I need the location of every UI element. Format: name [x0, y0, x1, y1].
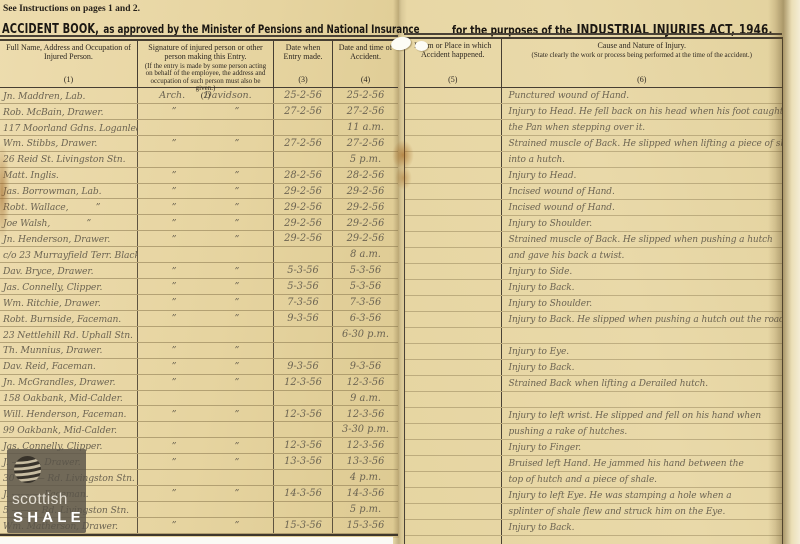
cell-full-name: Th. Munnius, Drawer.	[0, 343, 137, 358]
table-row: Rob. McBain, Drawer.””27-2-5627-2-56	[0, 104, 398, 120]
cell-cause: Injury to Eye.	[501, 344, 783, 359]
header-col-2: Signature of injured person or other per…	[137, 41, 273, 87]
cell-place	[405, 424, 501, 439]
table-row: Th. Munnius, Drawer.””	[0, 343, 398, 359]
cell-date-accident	[332, 343, 398, 358]
cell-date-accident: 6-3-56	[332, 311, 398, 326]
cell-full-name: Dav. Bryce, Drawer.	[0, 263, 137, 278]
cell-full-name: 158 Oakbank, Mid-Calder.	[0, 391, 137, 406]
cell-cause: pushing a rake of hutches.	[501, 424, 783, 439]
globe-icon	[12, 454, 43, 485]
cell-cause: Injury to Shoulder.	[501, 216, 783, 231]
cell-full-name: Jn. Henderson, Drawer.	[0, 231, 137, 246]
cell-cause: Injury to Back.	[501, 520, 783, 535]
cell-signature-ditto: ””	[137, 199, 273, 214]
cell-cause: Punctured wound of Hand.	[501, 88, 783, 103]
cell-date-entry	[273, 391, 332, 406]
table-row: Strained muscle of Back. He slipped when…	[405, 136, 782, 152]
cell-date-entry: 9-3-56	[273, 311, 332, 326]
cell-cause: Injury to left wrist. He slipped and fel…	[501, 408, 783, 423]
cell-place	[405, 200, 501, 215]
header-col-1-number: (1)	[64, 76, 73, 85]
cell-cause: Injury to Head.	[501, 168, 783, 183]
table-row: Jn. McGrandles, Drawer.””12-3-5612-3-56	[0, 375, 398, 391]
table-row: Incised wound of Hand.	[405, 184, 782, 200]
table-row: Injury to Back.	[405, 360, 782, 376]
table-row: Robt. Wallace, ”””29-2-5629-2-56	[0, 199, 398, 215]
cell-cause: Injury to Back.	[501, 280, 783, 295]
table-row: Robt. Burnside, Faceman.””9-3-566-3-56	[0, 311, 398, 327]
header-col-6-label: Cause and Nature of Injury.	[597, 42, 686, 51]
cell-signature-ditto: ””	[137, 343, 273, 358]
header-col-1: Full Name, Address and Occupation of Inj…	[0, 41, 137, 87]
table-row: Bruised left Hand. He jammed his hand be…	[405, 456, 782, 472]
cell-place	[405, 120, 501, 135]
table-row: top of hutch and a piece of shale.	[405, 472, 782, 488]
cell-signature-ditto: ””	[137, 311, 273, 326]
cell-full-name: Will. Henderson, Faceman.	[0, 406, 137, 421]
cell-cause: top of hutch and a piece of shale.	[501, 472, 783, 487]
cell-signature-ditto: ””	[137, 518, 273, 533]
cell-full-name: 23 Nettlehill Rd. Uphall Stn.	[0, 327, 137, 342]
table-row: Joe Walsh, ”””29-2-5629-2-56	[0, 215, 398, 231]
cell-date-entry: 29-2-56	[273, 231, 332, 246]
page-curl-edge	[768, 0, 800, 544]
cell-cause: the Pan when stepping over it.	[501, 120, 783, 135]
cell-place	[405, 520, 501, 535]
cell-date-entry	[273, 327, 332, 342]
cell-place	[405, 456, 501, 471]
stain	[395, 166, 412, 190]
table-row: Injury to left wrist. He slipped and fel…	[405, 408, 782, 424]
cell-place	[405, 536, 501, 544]
cell-date-entry	[273, 422, 332, 437]
cell-place	[405, 440, 501, 455]
cell-full-name: Jn. McGrandles, Drawer.	[0, 375, 137, 390]
table-row: Jas. Connelly, Clipper.””5-3-565-3-56	[0, 279, 398, 295]
cell-place	[405, 280, 501, 295]
table-row: the Pan when stepping over it.	[405, 120, 782, 136]
cell-date-entry: 27-2-56	[273, 104, 332, 119]
cell-signature	[137, 391, 273, 406]
table-row: Injury to Head. He fell back on his head…	[405, 104, 782, 120]
cell-date-entry: 5-3-56	[273, 263, 332, 278]
header-col-3: Date when Entry made. (3)	[273, 41, 332, 87]
table-row: Jn. Maddren, Lab.Arch. Davidson.25-2-562…	[0, 88, 398, 104]
cell-cause: Injury to Back. He slipped when pushing …	[501, 312, 783, 327]
cell-cause: Injury to left Eye. He was stamping a ho…	[501, 488, 783, 503]
table-row: Dav. Reid, Faceman.””9-3-569-3-56	[0, 359, 398, 375]
cell-date-accident: 5-3-56	[332, 279, 398, 294]
cell-date-accident: 15-3-56	[332, 518, 398, 533]
cell-full-name: Joe Walsh, ”	[0, 215, 137, 230]
cell-date-entry: 9-3-56	[273, 359, 332, 374]
cell-full-name: 99 Oakbank, Mid-Calder.	[0, 422, 137, 437]
cell-signature-ditto: ””	[137, 263, 273, 278]
cell-signature	[137, 120, 273, 135]
table-row: Injury to Finger.	[405, 440, 782, 456]
cell-place	[405, 136, 501, 151]
cell-cause	[501, 328, 783, 343]
cell-full-name: c/o 23 Murrayfield Terr. Blackburn	[0, 247, 137, 262]
cell-full-name: Wm. Ritchie, Drawer.	[0, 295, 137, 310]
cell-full-name: 26 Reid St. Livingston Stn.	[0, 152, 137, 167]
table-row: c/o 23 Murrayfield Terr. Blackburn8 a.m.	[0, 247, 398, 263]
cell-full-name: Wm. Stibbs, Drawer.	[0, 136, 137, 151]
table-row: Jn. Henderson, Drawer.””29-2-5629-2-56	[0, 231, 398, 247]
cell-full-name: 117 Moorland Gdns. Loganlea.	[0, 120, 137, 135]
cell-date-entry: 13-3-56	[273, 454, 332, 469]
cell-date-accident: 7-3-56	[332, 295, 398, 310]
cell-full-name: Jas. Borrowman, Lab.	[0, 184, 137, 199]
header-col-4-label: Date and time of Accident.	[336, 44, 395, 62]
table-row: Injury to Back. He slipped when pushing …	[405, 312, 782, 328]
table-row: 23 Nettlehill Rd. Uphall Stn.6-30 p.m.	[0, 327, 398, 343]
table-row: Injury to left Eye. He was stamping a ho…	[405, 488, 782, 504]
table-row: Jas. Borrowman, Lab.””29-2-5629-2-56	[0, 184, 398, 200]
cell-date-entry: 7-3-56	[273, 295, 332, 310]
cell-date-accident: 9 a.m.	[332, 391, 398, 406]
table-row: 26 Reid St. Livingston Stn.5 p.m.	[0, 152, 398, 168]
cell-cause: Injury to Head. He fell back on his head…	[501, 104, 783, 119]
title-approved-by: as approved by the Minister of Pensions …	[103, 22, 419, 36]
cell-date-entry: 29-2-56	[273, 199, 332, 214]
cell-date-entry: 15-3-56	[273, 518, 332, 533]
cell-cause: Strained muscle of Back. He slipped when…	[501, 232, 783, 247]
cell-cause: Injury to Shoulder.	[501, 296, 783, 311]
cell-place	[405, 408, 501, 423]
cell-place	[405, 88, 501, 103]
table-row: Injury to Head.	[405, 168, 782, 184]
cell-date-accident: 6-30 p.m.	[332, 327, 398, 342]
cell-date-entry	[273, 152, 332, 167]
header-col-4-number: (4)	[361, 76, 370, 85]
cell-date-entry: 12-3-56	[273, 375, 332, 390]
table-row: Injury to Side.	[405, 264, 782, 280]
watermark-text-shale: SHALE	[13, 509, 85, 526]
cell-full-name: Robt. Wallace, ”	[0, 199, 137, 214]
cell-signature	[137, 502, 273, 517]
table-row: 158 Oakbank, Mid-Calder.9 a.m.	[0, 391, 398, 407]
header-col-6: Cause and Nature of Injury. (State clear…	[501, 39, 782, 87]
cell-date-accident: 29-2-56	[332, 231, 398, 246]
right-rows: Punctured wound of Hand.Injury to Head. …	[404, 88, 783, 544]
cell-cause: splinter of shale flew and struck him on…	[501, 504, 783, 519]
title-underline-right	[404, 33, 782, 35]
cell-place	[405, 472, 501, 487]
cell-place	[405, 360, 501, 375]
cell-place	[405, 216, 501, 231]
cell-full-name: Matt. Inglis.	[0, 168, 137, 183]
cell-cause: Incised wound of Hand.	[501, 184, 783, 199]
table-row: Injury to Shoulder.	[405, 216, 782, 232]
cell-signature	[137, 327, 273, 342]
table-row-empty	[405, 536, 782, 544]
header-col-3-label: Date when Entry made.	[277, 44, 329, 62]
cell-signature-ditto: ””	[137, 359, 273, 374]
header-col-6-number: (6)	[637, 76, 646, 85]
cell-date-entry: 5-3-56	[273, 279, 332, 294]
cell-signature-ditto: ””	[137, 486, 273, 501]
cell-signature-ditto: ””	[137, 406, 273, 421]
header-col-6-sublabel: (State clearly the work or process being…	[532, 52, 752, 59]
header-col-3-number: (3)	[298, 76, 307, 85]
page-title-right: for the purposes of the INDUSTRIAL INJUR…	[452, 19, 773, 38]
header-col-4: Date and time of Accident. (4)	[332, 41, 398, 87]
cell-date-accident: 27-2-56	[332, 104, 398, 119]
cell-signature-ditto: ””	[137, 295, 273, 310]
cell-full-name: Dav. Reid, Faceman.	[0, 359, 137, 374]
cell-signature	[137, 152, 273, 167]
cell-signature	[137, 470, 273, 485]
table-row: Will. Henderson, Faceman.””12-3-5612-3-5…	[0, 406, 398, 422]
cell-date-accident: 12-3-56	[332, 406, 398, 421]
cell-date-accident: 5 p.m.	[332, 152, 398, 167]
title-industrial-injuries-act: INDUSTRIAL INJURIES ACT, 1946.	[577, 23, 773, 38]
cell-full-name: Jn. Maddren, Lab.	[0, 88, 137, 103]
cell-date-entry: 12-3-56	[273, 406, 332, 421]
table-row: Strained Back when lifting a Derailed hu…	[405, 376, 782, 392]
cell-signature-ditto: ””	[137, 438, 273, 453]
cell-date-accident: 4 p.m.	[332, 470, 398, 485]
cell-date-entry: 29-2-56	[273, 215, 332, 230]
cell-date-accident: 29-2-56	[332, 215, 398, 230]
cell-cause: and gave his back a twist.	[501, 248, 783, 263]
cell-signature-ditto: ””	[137, 168, 273, 183]
table-row: Punctured wound of Hand.	[405, 88, 782, 104]
cell-cause: Strained Back when lifting a Derailed hu…	[501, 376, 783, 391]
cell-signature: Arch. Davidson.	[137, 88, 273, 103]
table-row: Injury to Shoulder.	[405, 296, 782, 312]
table-row	[405, 328, 782, 344]
cell-date-accident: 8 a.m.	[332, 247, 398, 262]
cell-date-entry: 25-2-56	[273, 88, 332, 103]
table-header-left: Full Name, Address and Occupation of Inj…	[0, 39, 398, 88]
cell-date-accident: 5-3-56	[332, 263, 398, 278]
cell-signature-ditto: ””	[137, 215, 273, 230]
cell-signature-ditto: ””	[137, 279, 273, 294]
cell-cause: Injury to Side.	[501, 264, 783, 279]
table-row: and gave his back a twist.	[405, 248, 782, 264]
cell-date-accident: 13-3-56	[332, 454, 398, 469]
cell-date-entry: 29-2-56	[273, 184, 332, 199]
cell-full-name: Jas. Connelly, Clipper.	[0, 279, 137, 294]
cell-date-entry	[273, 470, 332, 485]
table-row: splinter of shale flew and struck him on…	[405, 504, 782, 520]
cell-place	[405, 296, 501, 311]
cell-place	[405, 232, 501, 247]
cell-date-entry: 28-2-56	[273, 168, 332, 183]
header-col-2-label: Signature of injured person or other per…	[141, 44, 270, 62]
cell-date-accident: 12-3-56	[332, 375, 398, 390]
table-row: Injury to Back.	[405, 280, 782, 296]
cell-cause	[501, 536, 783, 544]
table-row	[405, 392, 782, 408]
cell-place	[405, 248, 501, 263]
cell-signature-ditto: ””	[137, 136, 273, 151]
cell-signature-ditto: ””	[137, 184, 273, 199]
cell-date-accident: 28-2-56	[332, 168, 398, 183]
cell-signature-ditto: ””	[137, 375, 273, 390]
table-row: Wm. Stibbs, Drawer.””27-2-5627-2-56	[0, 136, 398, 152]
table-row: Incised wound of Hand.	[405, 200, 782, 216]
cell-date-accident: 25-2-56	[332, 88, 398, 103]
cell-signature	[137, 247, 273, 262]
table-row: into a hutch.	[405, 152, 782, 168]
cell-place	[405, 344, 501, 359]
table-row: Wm. Ritchie, Drawer.””7-3-567-3-56	[0, 295, 398, 311]
cell-cause: Injury to Back.	[501, 360, 783, 375]
cell-place	[405, 312, 501, 327]
cell-place	[405, 104, 501, 119]
cell-date-accident: 29-2-56	[332, 184, 398, 199]
table-row: 117 Moorland Gdns. Loganlea.11 a.m.	[0, 120, 398, 136]
cell-date-entry	[273, 120, 332, 135]
table-row: Strained muscle of Back. He slipped when…	[405, 232, 782, 248]
cell-date-accident: 29-2-56	[332, 199, 398, 214]
cell-date-accident: 3-30 p.m.	[332, 422, 398, 437]
cell-place	[405, 392, 501, 407]
cell-cause	[501, 392, 783, 407]
cell-signature	[137, 422, 273, 437]
table-row: Matt. Inglis.””28-2-5628-2-56	[0, 168, 398, 184]
cell-date-entry	[273, 343, 332, 358]
cell-cause: Incised wound of Hand.	[501, 200, 783, 215]
scottish-shale-watermark: scottish SHALE	[7, 449, 86, 533]
cell-cause: Injury to Finger.	[501, 440, 783, 455]
paper-hole	[415, 41, 428, 51]
cell-cause: Bruised left Hand. He jammed his hand be…	[501, 456, 783, 471]
cell-place	[405, 168, 501, 183]
cell-place	[405, 184, 501, 199]
cell-date-accident: 12-3-56	[332, 438, 398, 453]
cell-place	[405, 264, 501, 279]
table-row: Injury to Back.	[405, 520, 782, 536]
cell-full-name: Robt. Burnside, Faceman.	[0, 311, 137, 326]
table-row: pushing a rake of hutches.	[405, 424, 782, 440]
table-row: 99 Oakbank, Mid-Calder.3-30 p.m.	[0, 422, 398, 438]
cell-place	[405, 504, 501, 519]
cell-place	[405, 376, 501, 391]
cell-date-entry: 14-3-56	[273, 486, 332, 501]
instructions-note: See Instructions on pages 1 and 2.	[3, 4, 140, 14]
cell-date-accident: 9-3-56	[332, 359, 398, 374]
cell-signature-ditto: ””	[137, 454, 273, 469]
header-col-5-number: (5)	[448, 76, 457, 85]
cell-cause: into a hutch.	[501, 152, 783, 167]
title-underline-left	[0, 35, 398, 37]
watermark-text-scottish: scottish	[12, 491, 68, 509]
cell-date-entry: 12-3-56	[273, 438, 332, 453]
header-col-1-label: Full Name, Address and Occupation of Inj…	[3, 44, 134, 62]
cell-date-accident: 5 p.m.	[332, 502, 398, 517]
cell-place	[405, 328, 501, 343]
cell-full-name: Rob. McBain, Drawer.	[0, 104, 137, 119]
cell-date-entry	[273, 247, 332, 262]
cell-date-accident: 11 a.m.	[332, 120, 398, 135]
cell-date-entry	[273, 502, 332, 517]
cell-cause: Strained muscle of Back. He slipped when…	[501, 136, 783, 151]
table-header-right: Room or Place in which Accident happened…	[404, 37, 783, 88]
table-row: Injury to Eye.	[405, 344, 782, 360]
scan-background-strip	[0, 537, 393, 544]
table-row: Dav. Bryce, Drawer.””5-3-565-3-56	[0, 263, 398, 279]
cell-date-entry: 27-2-56	[273, 136, 332, 151]
cell-signature-ditto: ””	[137, 231, 273, 246]
cell-place	[405, 488, 501, 503]
cell-place	[405, 152, 501, 167]
cell-signature-ditto: ””	[137, 104, 273, 119]
cell-date-accident: 14-3-56	[332, 486, 398, 501]
cell-date-accident: 27-2-56	[332, 136, 398, 151]
accident-book-scan: See Instructions on pages 1 and 2. ACCID…	[0, 0, 800, 544]
